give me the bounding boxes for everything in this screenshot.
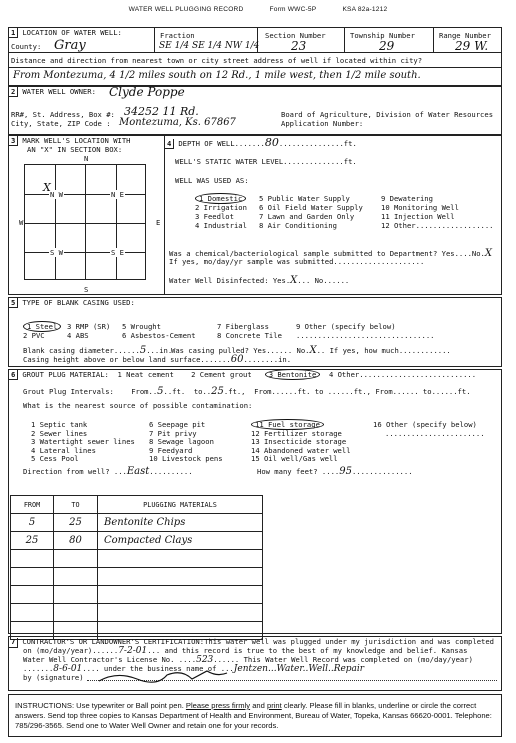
township-field[interactable]: 29 bbox=[379, 39, 394, 53]
casing-option[interactable]: 6 Asbestos-Cement bbox=[122, 331, 196, 340]
cell-material[interactable] bbox=[98, 604, 263, 622]
use-option[interactable]: 5 Public Water Supply bbox=[259, 194, 363, 203]
feet-field[interactable]: 95 bbox=[339, 466, 352, 477]
depth-unit: ...............ft. bbox=[279, 139, 357, 148]
county-field[interactable]: Gray bbox=[54, 38, 86, 53]
cell-from[interactable] bbox=[11, 604, 54, 622]
sw-label: S W bbox=[49, 248, 64, 257]
owner-label: WATER WELL OWNER: bbox=[22, 87, 96, 96]
distance-field[interactable]: From Montezuma, 4 1/2 miles south on 12 … bbox=[13, 70, 421, 81]
casing-option[interactable]: 4 ABS bbox=[67, 331, 110, 340]
section-number: 3 bbox=[9, 136, 18, 146]
section-number: 7 bbox=[9, 638, 18, 648]
cell-material[interactable] bbox=[98, 568, 263, 586]
feet-label: How many feet? .... bbox=[257, 467, 339, 476]
table-row bbox=[11, 604, 263, 622]
casing-option[interactable]: 9 Other (specify below) bbox=[296, 322, 434, 331]
cell-to[interactable] bbox=[54, 586, 98, 604]
cell-to[interactable]: 25 bbox=[54, 514, 98, 532]
casing-option[interactable]: 7 Fiberglass bbox=[217, 322, 282, 331]
board-label: Board of Agriculture, Division of Water … bbox=[281, 110, 493, 119]
cell-material[interactable]: Compacted Clays bbox=[98, 532, 263, 550]
section-1-location: 1LOCATION OF WATER WELL: County: Gray Fr… bbox=[8, 27, 502, 68]
section-6-grout: 6GROUT PLUG MATERIAL: 1 Neat cement 2 Ce… bbox=[8, 369, 502, 634]
city-field[interactable]: Montezuma, Ks. 67867 bbox=[119, 117, 236, 128]
cell-to[interactable] bbox=[54, 604, 98, 622]
instructions-emphasis: print bbox=[267, 701, 282, 710]
table-row: 25 80 Compacted Clays bbox=[11, 532, 263, 550]
intervals-label: Grout Plug Intervals: bbox=[23, 387, 114, 396]
table-row bbox=[11, 586, 263, 604]
how-much-field[interactable]: .. If yes, how much............ bbox=[317, 346, 451, 355]
casing-other-field[interactable]: ................................ bbox=[296, 331, 434, 340]
distance-label: Distance and direction from nearest town… bbox=[11, 56, 422, 65]
range-field[interactable]: 29 W. bbox=[455, 39, 488, 53]
casing-option[interactable]: 3 RMP (SR) bbox=[67, 322, 110, 331]
direction-label: Direction from well? ... bbox=[23, 467, 127, 476]
table-row: 5 25 Bentonite Chips bbox=[11, 514, 263, 532]
pulled-answer-no[interactable]: X bbox=[309, 345, 316, 356]
use-option[interactable]: 3 Feedlot bbox=[195, 212, 247, 221]
grout-option[interactable]: 1 Neat cement bbox=[118, 370, 174, 379]
location-label: LOCATION OF WATER WELL: bbox=[22, 28, 122, 37]
fraction-field[interactable]: SE 1/4 SE 1/4 NW 1/4 bbox=[159, 41, 259, 51]
grout-option[interactable]: 2 Cement grout bbox=[191, 370, 252, 379]
depth-label: DEPTH OF WELL....... bbox=[178, 139, 265, 148]
cell-to[interactable]: 80 bbox=[54, 532, 98, 550]
disinfected-label: Water Well Disinfected: Yes. bbox=[169, 276, 290, 285]
cell-material[interactable] bbox=[98, 550, 263, 568]
casing-label: TYPE OF BLANK CASING USED: bbox=[22, 298, 135, 307]
instructions-text: INSTRUCTIONS: Use typewriter or Ball poi… bbox=[15, 701, 186, 710]
static-level-field[interactable]: WELL'S STATIC WATER LEVEL..............f… bbox=[175, 157, 357, 166]
use-option[interactable]: 6 Oil Field Water Supply bbox=[259, 203, 363, 212]
cell-material[interactable] bbox=[98, 586, 263, 604]
disinfected-no: ... No...... bbox=[297, 276, 349, 285]
north-label: N bbox=[84, 154, 88, 163]
cell-from[interactable]: 25 bbox=[11, 532, 54, 550]
completed-on-label: on (mo/day/year)...... bbox=[23, 646, 118, 655]
column-header-materials: PLUGGING MATERIALS bbox=[98, 496, 263, 514]
source-option[interactable]: 5 Cess Pool bbox=[31, 455, 135, 464]
casing-option[interactable]: 8 Concrete Tile bbox=[217, 331, 282, 340]
section-number: 1 bbox=[9, 28, 18, 38]
table-header-row: FROM TO PLUGGING MATERIALS bbox=[11, 496, 263, 514]
source-option[interactable]: 15 Oil well/Gas well bbox=[251, 455, 351, 464]
direction-field[interactable]: East bbox=[127, 466, 149, 477]
use-column-3: 9 Dewatering 10 Monitoring Well 11 Injec… bbox=[381, 194, 494, 230]
use-column-2: 5 Public Water Supply 6 Oil Field Water … bbox=[259, 194, 363, 230]
use-option[interactable]: 11 Injection Well bbox=[381, 212, 494, 221]
mark-location-label-1: MARK WELL'S LOCATION WITH bbox=[22, 136, 130, 145]
form-number: Form WWC-5P bbox=[270, 6, 317, 13]
se-label: S E bbox=[110, 248, 125, 257]
column-header-from: FROM bbox=[11, 496, 54, 514]
height-label: Casing height above or below land surfac… bbox=[23, 355, 231, 364]
from-label: From.. bbox=[131, 387, 157, 396]
use-option[interactable]: 7 Lawn and Garden Only bbox=[259, 212, 363, 221]
height-field[interactable]: 60 bbox=[231, 354, 244, 365]
south-label: S bbox=[84, 285, 88, 294]
section-number: 4 bbox=[165, 139, 174, 149]
section-number: 5 bbox=[9, 298, 18, 308]
section-7-certification: 7CONTRACTOR'S OR LANDOWNER'S CERTIFICATI… bbox=[8, 636, 502, 691]
cell-from[interactable] bbox=[11, 550, 54, 568]
table-row bbox=[11, 550, 263, 568]
ne-label: N E bbox=[110, 190, 125, 199]
section-5-casing: 5TYPE OF BLANK CASING USED: 1 Steel2 PVC… bbox=[8, 297, 502, 367]
section-number-field[interactable]: 23 bbox=[291, 39, 306, 53]
source-option[interactable]: 10 Livestock pens bbox=[149, 455, 223, 464]
instructions-box: INSTRUCTIONS: Use typewriter or Ball poi… bbox=[8, 694, 502, 737]
interval-to-1[interactable]: 25 bbox=[211, 386, 224, 397]
certification-text: CONTRACTOR'S OR LANDOWNER'S CERTIFICATIO… bbox=[22, 637, 494, 646]
to-label: to.. bbox=[194, 387, 211, 396]
casing-option[interactable]: 5 Wrought bbox=[122, 322, 196, 331]
sample-answer-no[interactable]: X bbox=[485, 248, 492, 259]
east-label: E bbox=[156, 218, 160, 227]
used-as-label: WELL WAS USED AS: bbox=[175, 176, 249, 185]
cell-to[interactable] bbox=[54, 550, 98, 568]
fraction-label: Fraction bbox=[160, 31, 195, 40]
contamination-label: What is the nearest source of possible c… bbox=[23, 401, 252, 410]
form-title-bar: WATER WELL PLUGGING RECORD Form WWC-5P K… bbox=[0, 6, 516, 13]
instructions-emphasis: Please press firmly bbox=[186, 701, 250, 710]
license-label: Water Well Contractor's License No. .... bbox=[23, 655, 196, 664]
use-option[interactable]: 12 Other.................. bbox=[381, 221, 494, 230]
ksa-reference: KSA 82a-1212 bbox=[342, 6, 387, 13]
section-number: 2 bbox=[9, 87, 18, 97]
grout-label: GROUT PLUG MATERIAL: bbox=[22, 370, 109, 379]
grout-other-field[interactable]: 4 Other........................... bbox=[329, 370, 476, 379]
certification-text-2: ... and this record is true to the best … bbox=[147, 646, 467, 655]
signature-scribble-icon bbox=[97, 667, 237, 687]
dotted-leader: ....... bbox=[23, 664, 53, 673]
use-option[interactable]: 2 Irrigation bbox=[195, 203, 247, 212]
section-box-grid[interactable]: N W N E S W S E X bbox=[24, 164, 146, 280]
use-option[interactable]: 8 Air Conditioning bbox=[259, 221, 363, 230]
county-label: County: bbox=[11, 42, 41, 51]
other-intervals-field[interactable]: From......ft. to ......ft., From...... t… bbox=[254, 387, 470, 396]
use-column-1: 1 Domestic 2 Irrigation 3 Feedlot 4 Indu… bbox=[195, 194, 247, 230]
cell-from[interactable] bbox=[11, 586, 54, 604]
dotted-leader: .............. bbox=[352, 467, 413, 476]
instructions-text: and bbox=[250, 701, 267, 710]
distance-row: From Montezuma, 4 1/2 miles south on 12 … bbox=[8, 67, 502, 86]
ft-label: ..ft. bbox=[164, 387, 186, 396]
section-3-4: 3MARK WELL'S LOCATION WITH AN "X" IN SEC… bbox=[8, 135, 502, 295]
grout-option-bentonite-selected[interactable]: 3 Bentonite bbox=[265, 369, 321, 380]
cell-material[interactable]: Bentonite Chips bbox=[98, 514, 263, 532]
table-row bbox=[11, 568, 263, 586]
dotted-leader: .......... bbox=[149, 467, 192, 476]
application-label: Application Number: bbox=[281, 119, 363, 128]
depth-field[interactable]: 80 bbox=[265, 136, 279, 149]
signature-label: by (signature) bbox=[23, 674, 84, 683]
height-unit: ........in. bbox=[243, 355, 291, 364]
cell-from[interactable] bbox=[11, 568, 54, 586]
use-option[interactable]: 10 Monitoring Well bbox=[381, 203, 494, 212]
column-header-to: TO bbox=[54, 496, 98, 514]
mark-location-label-2: AN "X" IN SECTION BOX: bbox=[27, 145, 122, 154]
section-2-owner: 2WATER WELL OWNER: Clyde Poppe RR#, St. … bbox=[8, 86, 502, 135]
owner-field[interactable]: Clyde Poppe bbox=[109, 85, 185, 99]
form-title: WATER WELL PLUGGING RECORD bbox=[129, 6, 244, 13]
cell-to[interactable] bbox=[54, 568, 98, 586]
sample-date-field[interactable]: If yes, mo/day/yr sample was submitted..… bbox=[169, 257, 424, 266]
record-completed-label: ...... This Water Well Record was comple… bbox=[213, 655, 473, 664]
nw-label: N W bbox=[49, 190, 64, 199]
source-other-field[interactable]: ....................... bbox=[373, 430, 485, 439]
city-label: City, State, ZIP Code : bbox=[11, 119, 111, 128]
use-option[interactable]: 9 Dewatering bbox=[381, 194, 494, 203]
plugging-materials-table: FROM TO PLUGGING MATERIALS 5 25 Bentonit… bbox=[10, 495, 263, 640]
ft-label: .ft., bbox=[224, 387, 246, 396]
casing-option[interactable]: 2 PVC bbox=[23, 331, 61, 340]
west-label: W bbox=[19, 218, 23, 227]
section-number: 6 bbox=[9, 370, 18, 380]
signature-field[interactable] bbox=[87, 673, 497, 681]
address-label: RR#, St. Address, Box #: bbox=[11, 110, 115, 119]
well-location-mark: X bbox=[43, 181, 51, 194]
use-option[interactable]: 4 Industrial bbox=[195, 221, 247, 230]
cell-from[interactable]: 5 bbox=[11, 514, 54, 532]
